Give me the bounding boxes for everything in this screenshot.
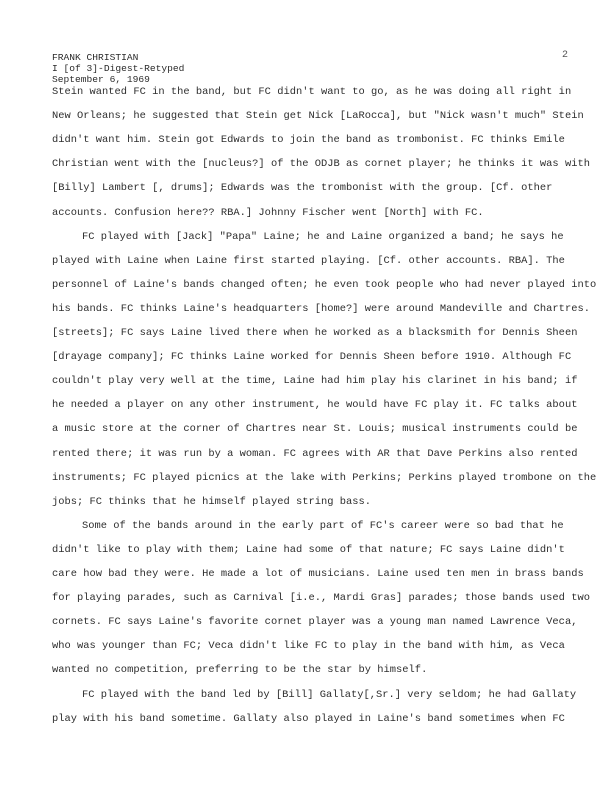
text-line: Some of the bands around in the early pa… <box>82 520 564 532</box>
document-header: FRANK CHRISTIAN I [of 3]-Digest-Retyped … <box>52 52 184 85</box>
text-line: Christian went with the [nucleus?] of th… <box>52 158 590 170</box>
text-line: care how bad they were. He made a lot of… <box>52 568 584 580</box>
text-line: didn't want him. Stein got Edwards to jo… <box>52 134 565 146</box>
text-line: accounts. Confusion here?? RBA.] Johnny … <box>52 207 484 219</box>
page-number: 2 <box>562 50 568 61</box>
text-line: he needed a player on any other instrume… <box>52 399 577 411</box>
text-line: couldn't play very well at the time, Lai… <box>52 375 577 387</box>
text-line: [drayage company]; FC thinks Laine worke… <box>52 351 571 363</box>
text-line: FC played with [Jack] "Papa" Laine; he a… <box>82 231 564 243</box>
text-line: didn't like to play with them; Laine had… <box>52 544 565 556</box>
text-line: New Orleans; he suggested that Stein get… <box>52 110 584 122</box>
text-line: who was younger than FC; Veca didn't lik… <box>52 640 565 652</box>
text-line: his bands. FC thinks Laine's headquarter… <box>52 303 590 315</box>
text-line: a music store at the corner of Chartres … <box>52 423 577 435</box>
text-line: instruments; FC played picnics at the la… <box>52 472 596 484</box>
text-line: wanted no competition, preferring to be … <box>52 664 427 676</box>
reel-info: I [of 3]-Digest-Retyped <box>52 63 184 74</box>
interview-date: September 6, 1969 <box>52 74 184 85</box>
text-line: [Billy] Lambert [, drums]; Edwards was t… <box>52 182 552 194</box>
text-line: personnel of Laine's bands changed often… <box>52 279 596 291</box>
text-line: play with his band sometime. Gallaty als… <box>52 713 565 725</box>
text-line: jobs; FC thinks that he himself played s… <box>52 496 371 508</box>
interviewee-name: FRANK CHRISTIAN <box>52 52 184 63</box>
text-line: [streets]; FC says Laine lived there whe… <box>52 327 577 339</box>
text-line: played with Laine when Laine first start… <box>52 255 565 267</box>
text-line: cornets. FC says Laine's favorite cornet… <box>52 616 577 628</box>
text-line: Stein wanted FC in the band, but FC didn… <box>52 86 571 98</box>
text-line: rented there; it was run by a woman. FC … <box>52 448 577 460</box>
text-line: for playing parades, such as Carnival [i… <box>52 592 590 604</box>
text-line: FC played with the band led by [Bill] Ga… <box>82 689 576 701</box>
document-page: FRANK CHRISTIAN I [of 3]-Digest-Retyped … <box>0 0 612 792</box>
